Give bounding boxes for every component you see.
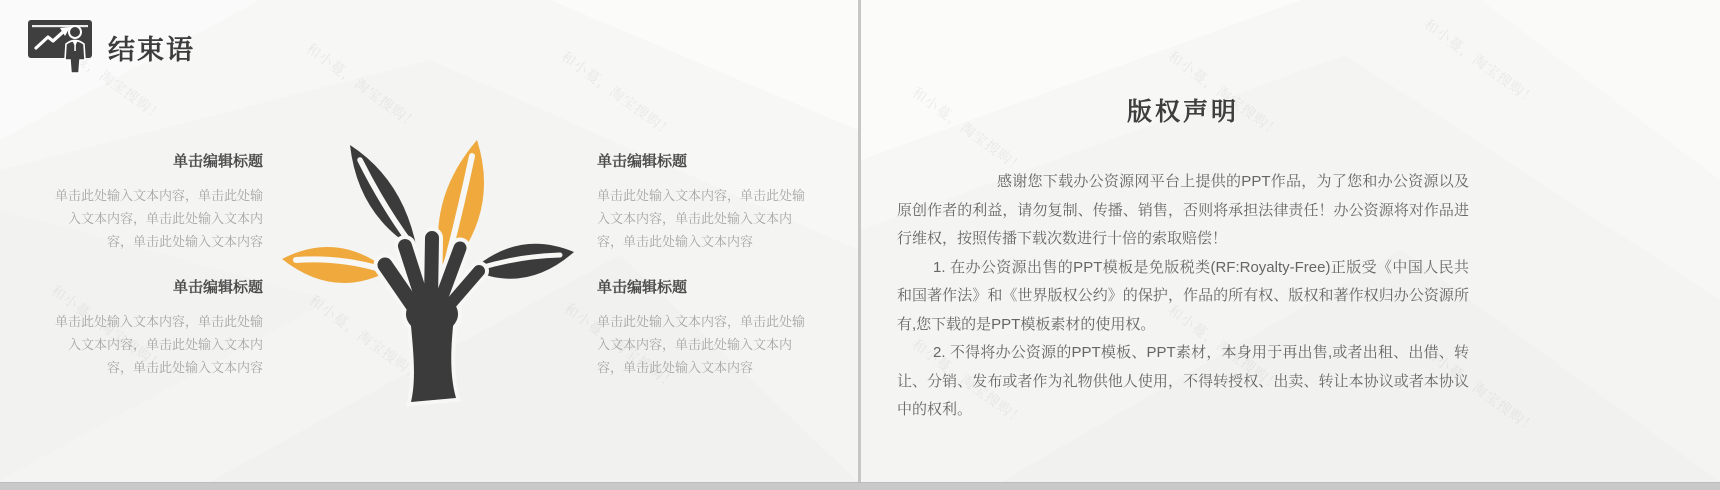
copyright-paragraph: 感谢您下载办公资源网平台上提供的PPT作品，为了您和办公资源以及原创作者的利益，… (897, 168, 1469, 254)
hand-tree-graphic (268, 118, 588, 408)
copyright-title: 版权声明 (897, 92, 1469, 128)
copyright-paragraph: 2. 不得将办公资源的PPT模板、PPT素材，本身用于再出售,或者出租、出借、转… (897, 339, 1469, 425)
text-placeholder-top-right[interactable]: 单击编辑标题 单击此处输入文本内容，单击此处输入文本内容，单击此处输入文本内容，… (597, 150, 812, 253)
placeholder-heading: 单击编辑标题 (48, 150, 263, 171)
copyright-paragraph: 1. 在办公资源出售的PPT模板是免版税类(RF:Royalty-Free)正版… (897, 254, 1469, 340)
placeholder-heading: 单击编辑标题 (597, 150, 812, 171)
placeholder-heading: 单击编辑标题 (48, 276, 263, 297)
copyright-content: 版权声明 感谢您下载办公资源网平台上提供的PPT作品，为了您和办公资源以及原创作… (897, 92, 1469, 425)
presenter-chart-icon (28, 20, 96, 74)
text-placeholder-bottom-left[interactable]: 单击编辑标题 单击此处输入文本内容，单击此处输入文本内容，单击此处输入文本内容，… (48, 276, 263, 379)
text-placeholder-bottom-right[interactable]: 单击编辑标题 单击此处输入文本内容，单击此处输入文本内容，单击此处输入文本内容，… (597, 276, 812, 379)
slide-copyright[interactable]: 和小蔓，淘宝搜购！ 和小蔓，淘宝搜购！ 和小蔓，淘宝搜购！ 和小蔓，淘宝搜购！ … (861, 0, 1720, 482)
placeholder-body: 单击此处输入文本内容，单击此处输入文本内容，单击此处输入文本内容，单击此处输入文… (48, 184, 263, 253)
text-placeholder-top-left[interactable]: 单击编辑标题 单击此处输入文本内容，单击此处输入文本内容，单击此处输入文本内容，… (48, 150, 263, 253)
slide-closing[interactable]: 和小蔓，淘宝搜购！ 和小蔓，淘宝搜购！ 和小蔓，淘宝搜购！ 和小蔓，淘宝搜购！ … (0, 0, 858, 482)
placeholder-body: 单击此处输入文本内容，单击此处输入文本内容，单击此处输入文本内容，单击此处输入文… (597, 184, 812, 253)
placeholder-heading: 单击编辑标题 (597, 276, 812, 297)
placeholder-body: 单击此处输入文本内容，单击此处输入文本内容，单击此处输入文本内容，单击此处输入文… (597, 310, 812, 379)
slide-header: 结束语 (28, 20, 195, 74)
slide-title: 结束语 (108, 28, 195, 67)
placeholder-body: 单击此处输入文本内容，单击此处输入文本内容，单击此处输入文本内容，单击此处输入文… (48, 310, 263, 379)
bottom-strip (0, 482, 1720, 490)
slides-preview: 和小蔓，淘宝搜购！ 和小蔓，淘宝搜购！ 和小蔓，淘宝搜购！ 和小蔓，淘宝搜购！ … (0, 0, 1720, 490)
